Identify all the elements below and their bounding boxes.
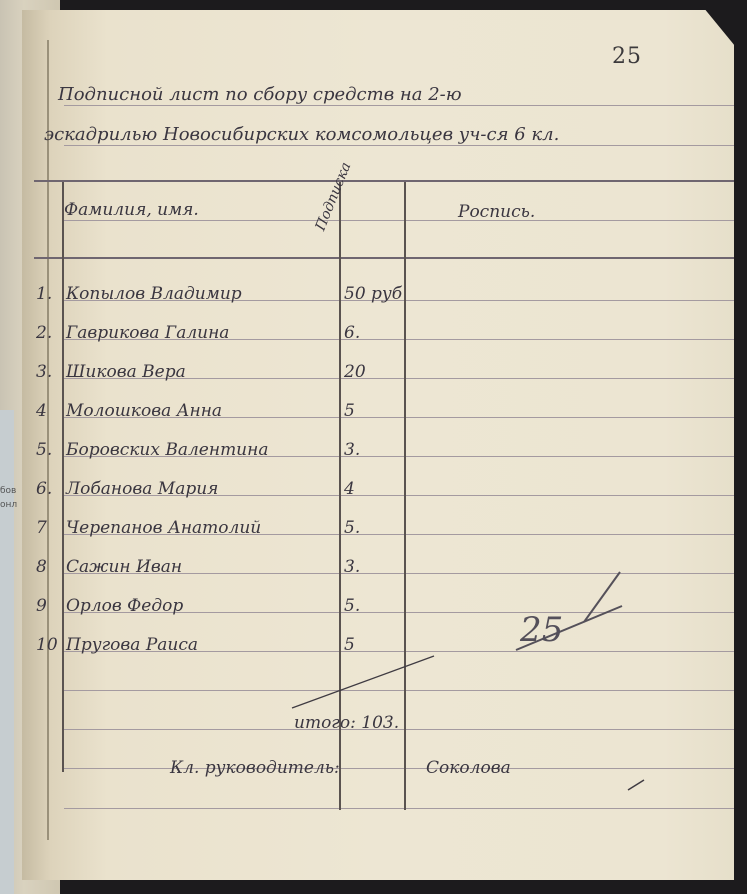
total-amount: итого: 103. (294, 713, 399, 733)
underlying-sheet-text: бов онл (0, 484, 17, 512)
under-text-line: бов (0, 484, 17, 498)
class-teacher-signature: Соколова (426, 758, 511, 778)
margin-mark: 25 (520, 610, 563, 650)
document-page: 25 Подписной лист по сбору средств на 2-… (22, 10, 734, 880)
underlying-strip (0, 410, 14, 894)
under-text-line: онл (0, 498, 17, 512)
pen-strokes (22, 10, 734, 880)
class-teacher-label: Кл. руководитель: (170, 758, 340, 778)
